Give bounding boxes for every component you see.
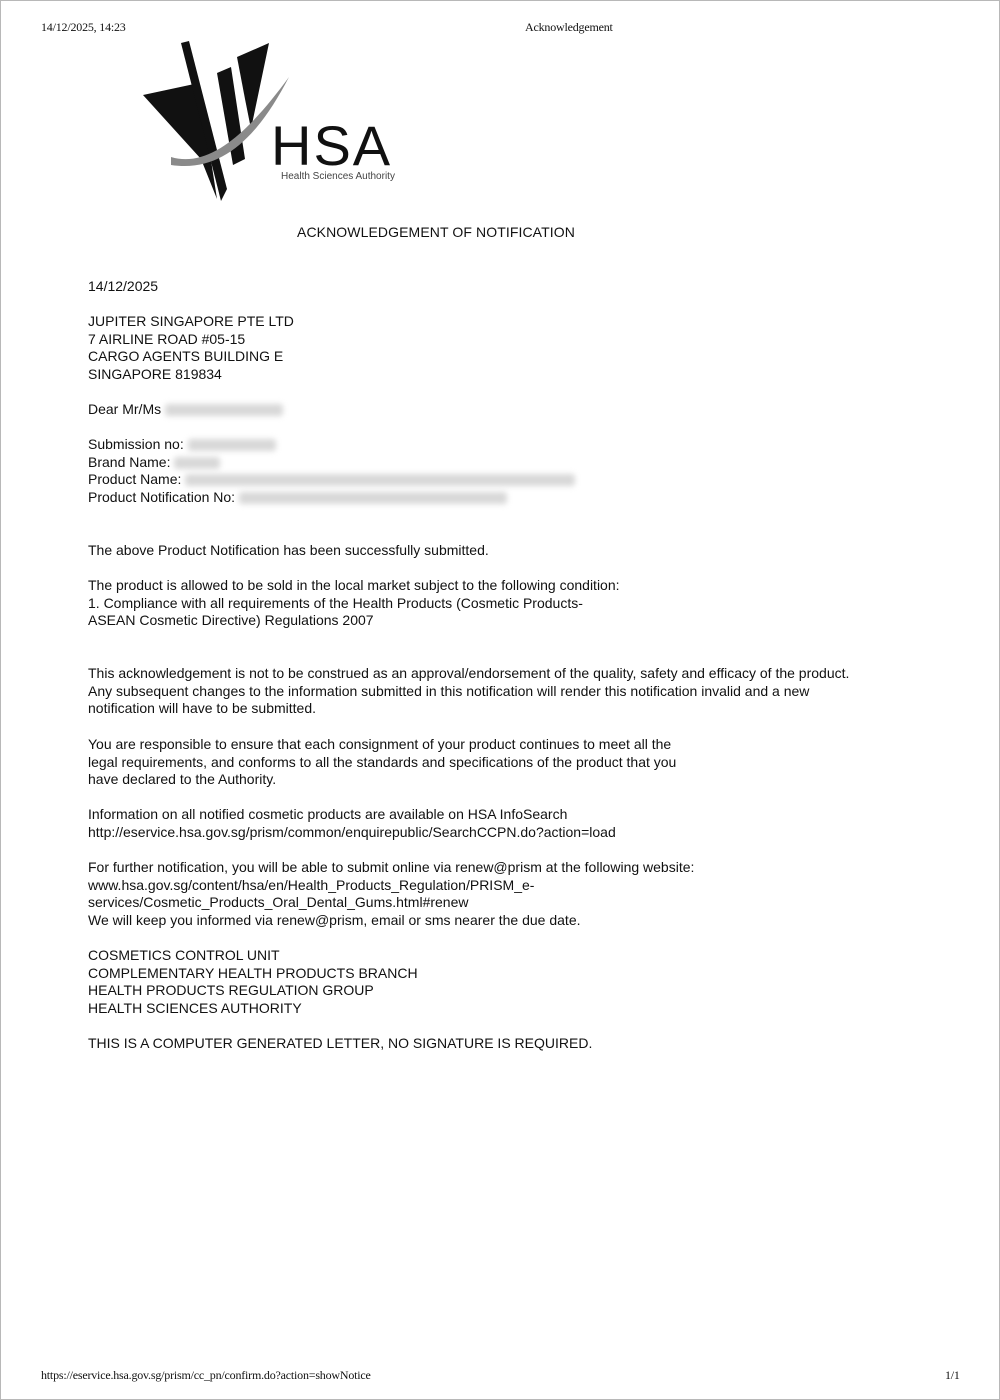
field-product-name: Product Name:	[88, 471, 575, 489]
para-disclaimer: This acknowledgement is not to be constr…	[88, 665, 849, 718]
redacted-value	[185, 474, 575, 486]
field-product-notification-no: Product Notification No:	[88, 489, 575, 507]
address-line: CARGO AGENTS BUILDING E	[88, 348, 294, 366]
redacted-value	[239, 492, 507, 504]
print-header-datetime: 14/12/2025, 14:23	[41, 20, 126, 35]
hsa-emblem-icon	[143, 41, 289, 201]
address-line: 7 AIRLINE ROAD #05-15	[88, 331, 294, 349]
document-page: 14/12/2025, 14:23 Acknowledgement HSA He…	[0, 0, 1000, 1400]
redacted-value	[188, 439, 276, 451]
svg-text:Health Sciences Authority: Health Sciences Authority	[281, 171, 395, 182]
print-header-title: Acknowledgement	[525, 20, 613, 35]
field-brand-name: Brand Name:	[88, 454, 575, 472]
para-responsibility: You are responsible to ensure that each …	[88, 736, 676, 789]
print-footer-url: https://eservice.hsa.gov.sg/prism/cc_pn/…	[41, 1368, 371, 1383]
address-line: JUPITER SINGAPORE PTE LTD	[88, 313, 294, 331]
para-submitted: The above Product Notification has been …	[88, 542, 489, 560]
hsa-logo: HSA Health Sciences Authority	[141, 39, 421, 207]
redacted-name	[165, 404, 283, 416]
computer-generated-note: THIS IS A COMPUTER GENERATED LETTER, NO …	[88, 1035, 592, 1053]
notification-fields: Submission no: Brand Name: Product Name:…	[88, 436, 575, 506]
infosearch-url: http://eservice.hsa.gov.sg/prism/common/…	[88, 824, 616, 842]
renew-url-cont: services/Cosmetic_Products_Oral_Dental_G…	[88, 894, 694, 912]
print-footer-page: 1/1	[945, 1368, 960, 1383]
recipient-address: JUPITER SINGAPORE PTE LTD 7 AIRLINE ROAD…	[88, 313, 294, 383]
document-title: ACKNOWLEDGEMENT OF NOTIFICATION	[297, 224, 575, 240]
para-renew: For further notification, you will be ab…	[88, 859, 694, 929]
address-line: SINGAPORE 819834	[88, 366, 294, 384]
salutation: Dear Mr/Ms	[88, 401, 283, 419]
signature-block: COSMETICS CONTROL UNIT COMPLEMENTARY HEA…	[88, 947, 418, 1017]
letter-date: 14/12/2025	[88, 278, 158, 296]
redacted-value	[174, 457, 220, 469]
field-submission-no: Submission no:	[88, 436, 575, 454]
para-condition: The product is allowed to be sold in the…	[88, 577, 620, 630]
svg-text:HSA: HSA	[271, 114, 392, 177]
para-infosearch: Information on all notified cosmetic pro…	[88, 806, 616, 841]
renew-url: www.hsa.gov.sg/content/hsa/en/Health_Pro…	[88, 877, 694, 895]
